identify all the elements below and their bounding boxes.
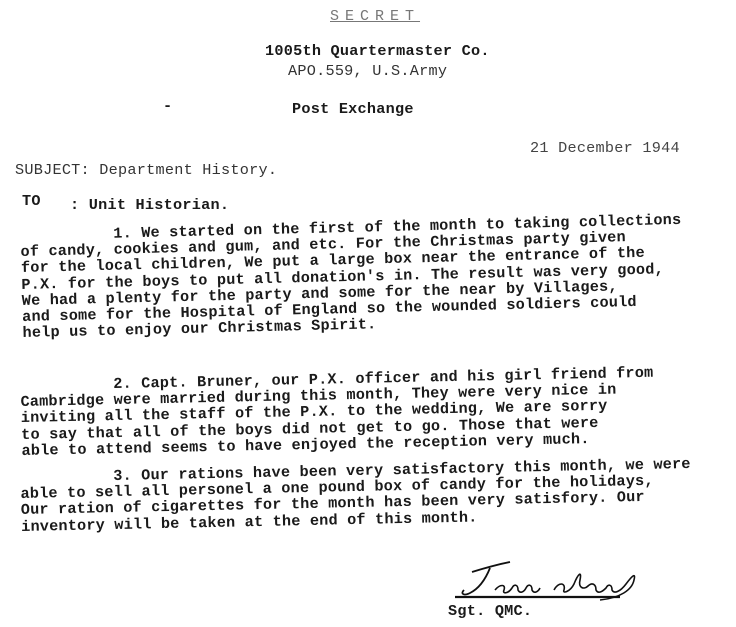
to-label: TO <box>22 192 41 210</box>
subject-label: SUBJECT: <box>15 161 90 179</box>
handwritten-signature <box>450 560 660 602</box>
header-dash: - <box>163 97 172 115</box>
to-value: : Unit Historian. <box>70 196 229 214</box>
apo-address: APO.559, U.S.Army <box>288 62 447 80</box>
subject-line: SUBJECT: Department History. <box>15 161 277 179</box>
classification-marking: SECRET <box>330 8 420 25</box>
paragraph-2: 2. Capt. Bruner, our P.X. officer and hi… <box>20 363 722 459</box>
document-date: 21 December 1944 <box>530 139 680 157</box>
signature-block: Sgt. QMC. <box>448 602 532 620</box>
unit-name: 1005th Quartermaster Co. <box>265 42 490 60</box>
paragraph-3: 3. Our rations have been very satisfacto… <box>20 455 721 534</box>
paragraph-1: 1. We started on the first of the month … <box>20 211 723 341</box>
subject-value: Department History. <box>99 161 277 179</box>
section-name: Post Exchange <box>292 100 414 118</box>
